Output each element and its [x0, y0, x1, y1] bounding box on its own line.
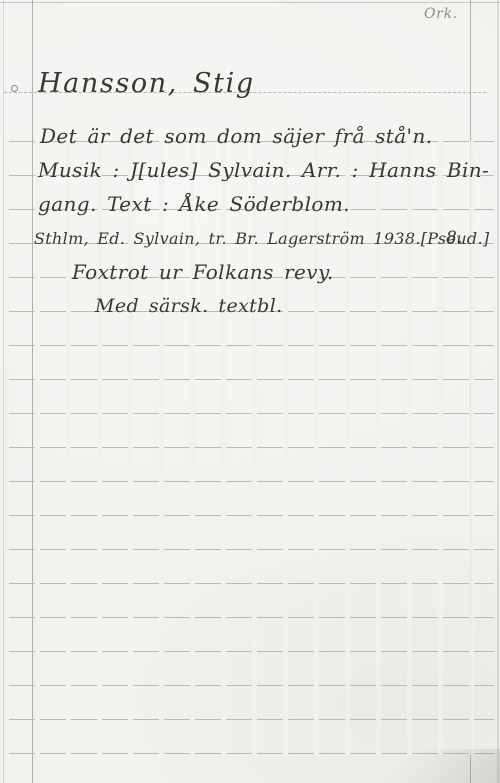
- note-text-sheet: Med särsk. textbl.: [95, 297, 283, 316]
- catalog-card-scan: Ork. Hansson, Stig Det är det som dom sä…: [0, 0, 500, 783]
- card-heading-name: Hansson, Stig: [38, 70, 255, 97]
- corner-note-ork: Ork.: [424, 6, 458, 22]
- credits-line-lyrics: gang. Text : Åke Söderblom.: [38, 194, 350, 214]
- imprint-line: Sthlm, Ed. Sylvain, tr. Br. Lagerström 1…: [34, 231, 489, 247]
- note-revue: Foxtrot ur Folkans revy.: [72, 262, 334, 282]
- credits-line-music-arranger: Musik : J[ules] Sylvain. Arr. : Hanns Bi…: [38, 160, 489, 180]
- format-mark: 8.: [446, 230, 463, 247]
- card-right-edge: [497, 0, 499, 783]
- scan-corner-shadow: [350, 749, 500, 783]
- title-line: Det är det som dom säjer frå stå'n.: [40, 126, 432, 146]
- card-top-edge: [0, 2, 500, 3]
- margin-circle-mark: [11, 85, 18, 92]
